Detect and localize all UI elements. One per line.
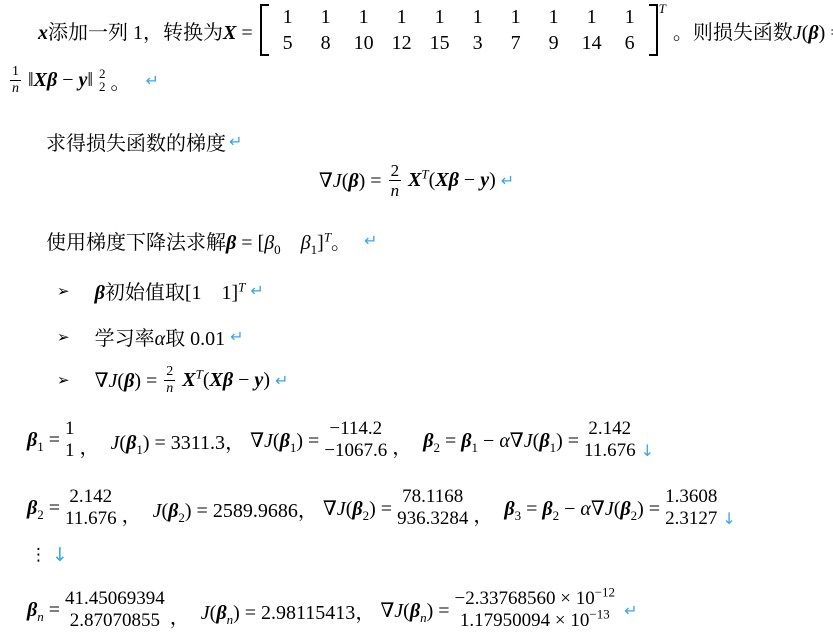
var-X: X	[223, 22, 236, 44]
matrix-column: 16	[611, 4, 649, 56]
loss-function-line: 1n ‖Xβ − y‖ 22 。 ↵	[8, 64, 159, 96]
beta-vector: 2.14211.676	[65, 486, 117, 531]
matrix-column: 13	[459, 4, 497, 56]
fraction-1-over-n: 1n	[10, 64, 21, 96]
comma: ，	[392, 431, 412, 463]
matrix-column: 15	[269, 4, 307, 56]
document-page: x添加一列 1，转换为X = 15 18 110 112 115 13 17 1…	[0, 0, 833, 637]
matrix-column: 17	[497, 4, 535, 56]
linebreak-mark-icon: ↓	[722, 509, 735, 531]
gd-method-text: 使用梯度下降法求解β = [β0 β1]T。	[46, 226, 351, 255]
bullet-arrowhead-icon: ➢	[57, 371, 70, 389]
fraction-2-over-n: 2n	[389, 161, 402, 200]
var-x: x	[38, 22, 48, 44]
period: 。	[111, 66, 131, 95]
paragraph-x-definition: x添加一列 1，转换为X = 15 18 110 112 115 13 17 1…	[8, 4, 833, 56]
gradient-intro: 求得损失函数的梯度 ↵	[46, 127, 242, 156]
iteration-n: βn = 41.450693942.87070855 ， J(βn) = 2.9…	[27, 588, 637, 633]
loss-value: J(βn) = 2.98115413，	[201, 596, 376, 625]
bullet-arrowhead-icon: ➢	[57, 282, 70, 300]
beta-lhs: β1 =	[27, 429, 60, 452]
bullet-gradient-formula: ➢ ∇J(β) = 2n XT(Xβ − y) ↵	[57, 364, 288, 396]
loss-value: J(β1) = 3311.3，	[111, 426, 246, 455]
paragraph-mark-icon: ↵	[250, 281, 263, 300]
gradient-vector: −114.2−1067.6	[324, 418, 387, 463]
update-rule: β2 = β1 − α∇J(β1) =	[423, 428, 579, 453]
loss-function-intro: 。则损失函数J(β) =	[673, 16, 833, 45]
matrix-column: 112	[383, 4, 421, 56]
matrix-column: 114	[573, 4, 611, 56]
matrix-column: 115	[421, 4, 459, 56]
matrix-column: 18	[307, 4, 345, 56]
text-convert: 添加一列 1，转换为	[48, 22, 223, 44]
norm-sup-sub: 22	[99, 67, 106, 94]
gradient-intro-text: 求得损失函数的梯度	[46, 127, 226, 156]
comma: ，	[80, 431, 100, 463]
matrix-column: 19	[535, 4, 573, 56]
linebreak-mark-icon: ↓	[52, 544, 68, 566]
comma: ，	[122, 499, 142, 531]
gradient-vector: −2.33768560 × 10−121.17950094 × 10−13	[455, 588, 616, 633]
gradient-lhs: ∇J(β2) =	[323, 496, 392, 521]
paragraph-mark-icon: ↵	[229, 132, 242, 151]
paragraph-mark-icon: ↵	[624, 601, 637, 620]
gradient-vector: 78.1168936.3284	[397, 486, 468, 531]
gd-method-line: 使用梯度下降法求解β = [β0 β1]T。 ↵	[46, 226, 377, 255]
gradient-lhs: ∇J(βn) =	[380, 598, 449, 623]
matrix-columns: 15 18 110 112 115 13 17 19 114 16	[269, 4, 649, 56]
bullet-initial-value-text: β初始值取[1 1]T	[95, 276, 246, 305]
norm-expression: ‖Xβ − y‖	[28, 69, 93, 92]
matrix-column: 110	[345, 4, 383, 56]
beta-lhs: βn =	[27, 599, 60, 622]
gradient-lhs: ∇J(β) =	[319, 168, 382, 193]
bullet-initial-value: ➢ β初始值取[1 1]T ↵	[57, 276, 264, 305]
bullet-learning-rate-text: 学习率α取 0.01	[95, 322, 226, 351]
equals-sign: =	[236, 22, 252, 44]
linebreak-mark-icon: ↓	[641, 441, 654, 463]
paragraph-mark-icon: ↵	[146, 71, 159, 90]
matrix-left-bracket	[260, 4, 269, 56]
gradient-lhs: ∇J(β1) =	[250, 428, 319, 453]
beta-lhs: β2 =	[27, 497, 60, 520]
vertical-ellipsis-line: ⋮ ↓	[30, 544, 68, 566]
matrix-right-bracket	[649, 4, 658, 56]
fraction-2-over-n: 2n	[164, 364, 175, 396]
updated-beta-vector: 2.14211.676	[584, 418, 636, 463]
updated-beta-vector: 1.36082.3127	[665, 486, 717, 531]
bullet-arrowhead-icon: ➢	[57, 328, 70, 346]
update-rule: β3 = β2 − α∇J(β2) =	[504, 496, 660, 521]
gradient-rhs: XT(Xβ − y)	[408, 169, 496, 192]
gradient-rhs: XT(Xβ − y)	[182, 369, 270, 392]
beta-vector: 41.450693942.87070855	[65, 588, 165, 633]
vertical-ellipsis: ⋮	[30, 545, 47, 565]
paragraph-mark-icon: ↵	[275, 371, 288, 390]
iteration-1: β1 = 11 ， J(β1) = 3311.3， ∇J(β1) = −114.…	[27, 418, 654, 463]
matrix-X: 15 18 110 112 115 13 17 19 114 16 T	[260, 4, 666, 56]
iteration-2: β2 = 2.14211.676 ， J(β2) = 2589.9686， ∇J…	[27, 486, 736, 531]
comma: ，	[170, 601, 190, 633]
loss-value: J(β2) = 2589.9686，	[153, 494, 318, 523]
paragraph-mark-icon: ↵	[364, 231, 377, 250]
bullet-learning-rate: ➢ 学习率α取 0.01 ↵	[57, 322, 243, 351]
matrix-transpose: T	[659, 1, 666, 17]
x-definition-text: x添加一列 1，转换为X =	[38, 16, 253, 45]
comma: ，	[473, 499, 493, 531]
beta-vector: 11	[65, 418, 75, 463]
gradient-lhs: ∇J(β) =	[95, 368, 158, 393]
paragraph-mark-icon: ↵	[230, 327, 243, 346]
paragraph-mark-icon: ↵	[501, 171, 514, 190]
gradient-formula: ∇J(β) = 2n XT(Xβ − y) ↵	[0, 161, 833, 200]
